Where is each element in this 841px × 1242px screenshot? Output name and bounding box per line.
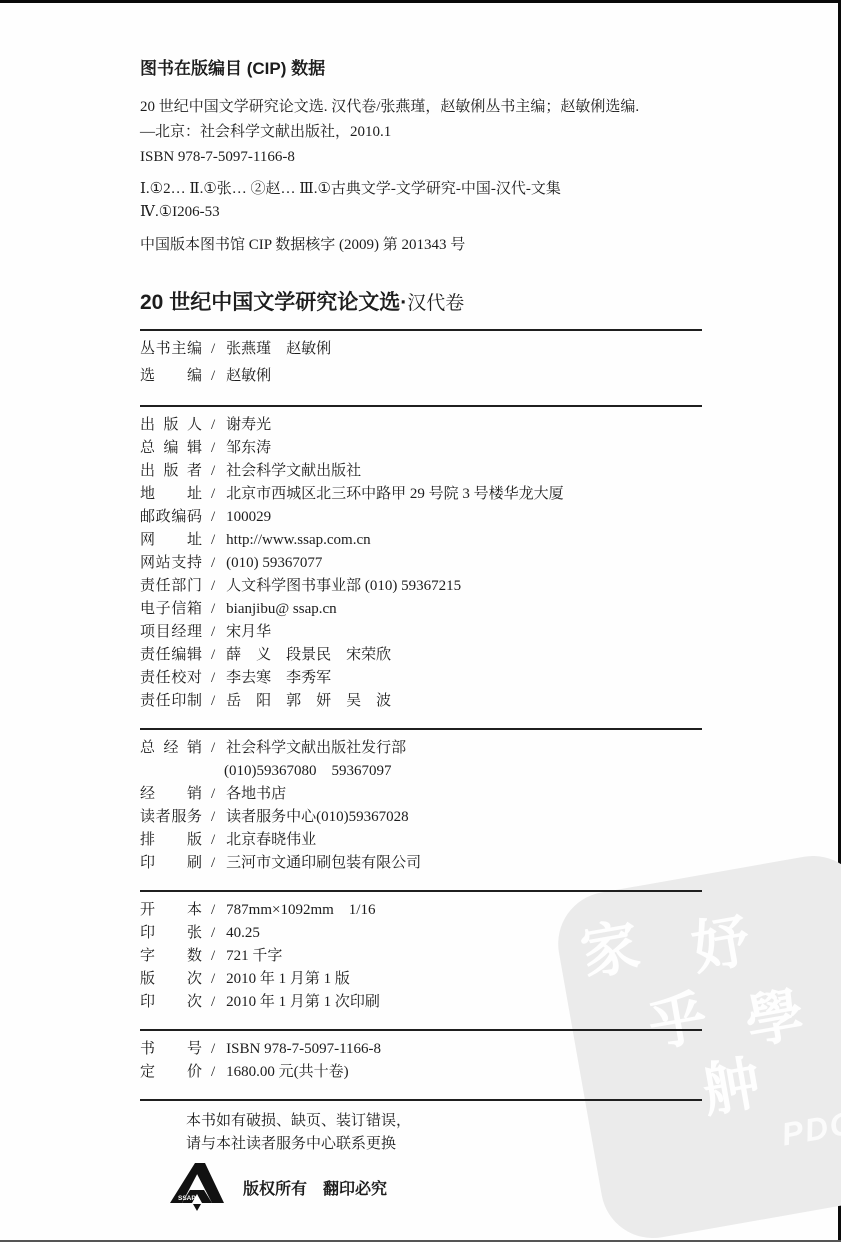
row-label: 责任部门 xyxy=(140,575,202,598)
row-label: 印次 xyxy=(140,991,202,1014)
cip-class-line2: Ⅳ.①I206-53 xyxy=(140,201,702,224)
copyright-row: SSAP 版权所有 翻印必究 xyxy=(140,1163,702,1211)
row-label: 邮政编码 xyxy=(140,506,202,529)
info-row: 字数/721 千字 xyxy=(140,945,702,968)
row-separator: / xyxy=(211,899,215,922)
row-label: 网站支持 xyxy=(140,552,202,575)
format-section: 开本/787mm×1092mm 1/16 印张/40.25 字数/721 千字 … xyxy=(140,892,702,1020)
book-title-volume: 汉代卷 xyxy=(407,293,464,314)
info-row: 网站支持/(010) 59367077 xyxy=(140,552,702,575)
publisher-section: 出版人/谢寿光 总编辑/邹东涛 出版者/社会科学文献出版社 地址/北京市西城区北… xyxy=(140,407,702,719)
row-value: 北京市西城区北三环中路甲 29 号院 3 号楼华龙大厦 xyxy=(226,486,564,502)
row-value: 787mm×1092mm 1/16 xyxy=(226,902,375,918)
info-row: 责任印制/岳 阳 郭 妍 吴 波 xyxy=(140,690,702,713)
info-row: 印次/2010 年 1 月第 1 次印刷 xyxy=(140,991,702,1014)
row-value: 邹东涛 xyxy=(226,440,271,456)
cip-heading: 图书在版编目 (CIP) 数据 xyxy=(140,58,702,80)
ssap-logo-text: SSAP xyxy=(178,1195,196,1202)
cip-entry-line1: 20 世纪中国文学研究论文选. 汉代卷/张燕瑾，赵敏俐丛书主编；赵敏俐选编. xyxy=(140,95,702,120)
row-label: 责任编辑 xyxy=(140,644,202,667)
divider xyxy=(140,1099,702,1101)
row-label: 出版者 xyxy=(140,460,202,483)
row-value: 张燕瑾 赵敏俐 xyxy=(226,341,331,357)
info-row: 选编/赵敏俐 xyxy=(140,363,702,390)
watermark-seal-glyph: 舯 xyxy=(698,1054,765,1121)
row-separator: / xyxy=(211,336,215,363)
row-label: 定价 xyxy=(140,1061,202,1084)
scan-edge-top xyxy=(0,0,841,3)
row-separator: / xyxy=(211,945,215,968)
row-label: 丛书主编 xyxy=(140,336,202,363)
row-label: 总编辑 xyxy=(140,437,202,460)
row-separator: / xyxy=(211,737,215,760)
row-separator: / xyxy=(211,506,215,529)
info-row: 邮政编码/100029 xyxy=(140,506,702,529)
row-value: 谢寿光 xyxy=(226,417,271,433)
row-value: 2010 年 1 月第 1 版 xyxy=(226,971,350,987)
row-label: 字数 xyxy=(140,945,202,968)
row-value: 宋月华 xyxy=(226,624,271,640)
row-value: 社会科学文献出版社 xyxy=(226,463,361,479)
row-value: 读者服务中心(010)59367028 xyxy=(226,809,409,825)
row-value: ISBN 978-7-5097-1166-8 xyxy=(226,1041,381,1057)
row-label: 选编 xyxy=(140,363,202,390)
row-separator: / xyxy=(211,991,215,1014)
info-row: 总编辑/邹东涛 xyxy=(140,437,702,460)
row-label: 电子信箱 xyxy=(140,598,202,621)
row-label: 责任校对 xyxy=(140,667,202,690)
row-label: 版次 xyxy=(140,968,202,991)
info-row: 版次/2010 年 1 月第 1 版 xyxy=(140,968,702,991)
row-value: 岳 阳 郭 妍 吴 波 xyxy=(226,693,391,709)
row-separator: / xyxy=(211,922,215,945)
info-row: 定价/1680.00 元(共十卷) xyxy=(140,1061,702,1084)
row-value: 李去寒 李秀军 xyxy=(226,670,331,686)
row-label: 出版人 xyxy=(140,414,202,437)
row-label: 书号 xyxy=(140,1038,202,1061)
row-value: 人文科学图书事业部 (010) 59367215 xyxy=(226,578,461,594)
damage-notice-line2: 请与本社读者服务中心联系更换 xyxy=(186,1133,702,1156)
info-row: 经销/各地书店 xyxy=(140,783,702,806)
damage-notice: 本书如有破损、缺页、装订错误， 请与本社读者服务中心联系更换 xyxy=(140,1110,702,1156)
info-row: 出版者/社会科学文献出版社 xyxy=(140,460,702,483)
row-label: 网址 xyxy=(140,529,202,552)
ssap-logo: SSAP xyxy=(168,1163,226,1211)
book-title: 20 世纪中国文学研究论文选·汉代卷 xyxy=(140,288,702,320)
watermark-seal-glyph: 學 xyxy=(741,986,808,1053)
info-row: 出版人/谢寿光 xyxy=(140,414,702,437)
row-label: 经销 xyxy=(140,783,202,806)
book-title-main: 20 世纪中国文学研究论文选 xyxy=(140,291,400,314)
info-row: 网址/http://www.ssap.com.cn xyxy=(140,529,702,552)
row-value: 赵敏俐 xyxy=(226,368,271,384)
info-row: 书号/ISBN 978-7-5097-1166-8 xyxy=(140,1038,702,1061)
row-value: 2010 年 1 月第 1 次印刷 xyxy=(226,994,380,1010)
row-value: bianjibu@ ssap.cn xyxy=(226,601,336,617)
row-value: 北京春晓伟业 xyxy=(226,832,316,848)
row-value: 三河市文通印刷包装有限公司 xyxy=(226,855,421,871)
cip-classification: Ⅰ.①2… Ⅱ.①张… ②赵… Ⅲ.①古典文学-文学研究-中国-汉代-文集 Ⅳ.… xyxy=(140,178,702,224)
info-row: 开本/787mm×1092mm 1/16 xyxy=(140,899,702,922)
cip-record-number: 中国版本图书馆 CIP 数据核字 (2009) 第 201343 号 xyxy=(140,233,702,257)
row-value: 100029 xyxy=(226,509,271,525)
row-separator: / xyxy=(211,621,215,644)
cip-entry: 20 世纪中国文学研究论文选. 汉代卷/张燕瑾，赵敏俐丛书主编；赵敏俐选编. —… xyxy=(140,95,702,170)
row-separator: / xyxy=(211,552,215,575)
row-separator: / xyxy=(211,829,215,852)
row-separator: / xyxy=(211,437,215,460)
row-separator: / xyxy=(211,783,215,806)
row-separator: / xyxy=(211,598,215,621)
row-label: 印刷 xyxy=(140,852,202,875)
cip-entry-line2: —北京：社会科学文献出版社，2010.1 xyxy=(140,120,702,145)
row-label: 责任印制 xyxy=(140,690,202,713)
info-row: 项目经理/宋月华 xyxy=(140,621,702,644)
row-label: 读者服务 xyxy=(140,806,202,829)
row-value: http://www.ssap.com.cn xyxy=(226,532,370,548)
info-row: 读者服务/读者服务中心(010)59367028 xyxy=(140,806,702,829)
cip-isbn: ISBN 978-7-5097-1166-8 xyxy=(140,145,702,170)
row-value: 721 千字 xyxy=(226,948,282,964)
info-row: 排版/北京春晓伟业 xyxy=(140,829,702,852)
info-row: 责任部门/人文科学图书事业部 (010) 59367215 xyxy=(140,575,702,598)
row-separator: / xyxy=(211,644,215,667)
damage-notice-line1: 本书如有破损、缺页、装订错误， xyxy=(186,1110,702,1133)
row-label: 地址 xyxy=(140,483,202,506)
row-separator: / xyxy=(211,529,215,552)
row-label: 开本 xyxy=(140,899,202,922)
row-label: 印张 xyxy=(140,922,202,945)
row-separator: / xyxy=(211,460,215,483)
distribution-phone-line: (010)59367080 59367097 xyxy=(140,760,702,783)
copyright-page: 图书在版编目 (CIP) 数据 20 世纪中国文学研究论文选. 汉代卷/张燕瑾，… xyxy=(140,58,702,1211)
row-separator: / xyxy=(211,1061,215,1084)
row-value: 40.25 xyxy=(226,925,260,941)
row-separator: / xyxy=(211,575,215,598)
info-row: 总经销/社会科学文献出版社发行部 xyxy=(140,737,702,760)
row-separator: / xyxy=(211,852,215,875)
row-label: 总经销 xyxy=(140,737,202,760)
row-separator: / xyxy=(211,667,215,690)
distribution-section: 总经销/社会科学文献出版社发行部 (010)59367080 59367097 … xyxy=(140,730,702,881)
cip-class-line1: Ⅰ.①2… Ⅱ.①张… ②赵… Ⅲ.①古典文学-文学研究-中国-汉代-文集 xyxy=(140,178,702,201)
info-row: 地址/北京市西城区北三环中路甲 29 号院 3 号楼华龙大厦 xyxy=(140,483,702,506)
pdg-watermark-label: PDG xyxy=(779,1104,841,1154)
info-row: 责任校对/李去寒 李秀军 xyxy=(140,667,702,690)
row-label: 项目经理 xyxy=(140,621,202,644)
row-label: 排版 xyxy=(140,829,202,852)
info-row: 电子信箱/bianjibu@ ssap.cn xyxy=(140,598,702,621)
row-value: 社会科学文献出版社发行部 xyxy=(226,740,406,756)
row-value: (010) 59367077 xyxy=(226,555,322,571)
info-row: 印刷/三河市文通印刷包装有限公司 xyxy=(140,852,702,875)
row-separator: / xyxy=(211,1038,215,1061)
copyright-statement: 版权所有 翻印必究 xyxy=(243,1176,387,1199)
row-separator: / xyxy=(211,414,215,437)
info-row: 丛书主编/张燕瑾 赵敏俐 xyxy=(140,336,702,363)
row-separator: / xyxy=(211,690,215,713)
row-value: 薛 义 段景民 宋荣欣 xyxy=(226,647,391,663)
info-row: 印张/40.25 xyxy=(140,922,702,945)
row-separator: / xyxy=(211,483,215,506)
isbn-price-section: 书号/ISBN 978-7-5097-1166-8 定价/1680.00 元(共… xyxy=(140,1031,702,1090)
row-separator: / xyxy=(211,806,215,829)
row-separator: / xyxy=(211,968,215,991)
row-value: 1680.00 元(共十卷) xyxy=(226,1064,349,1080)
row-value: 各地书店 xyxy=(226,786,286,802)
info-row: 责任编辑/薛 义 段景民 宋荣欣 xyxy=(140,644,702,667)
row-separator: / xyxy=(211,363,215,390)
editors-section: 丛书主编/张燕瑾 赵敏俐 选编/赵敏俐 xyxy=(140,331,702,396)
